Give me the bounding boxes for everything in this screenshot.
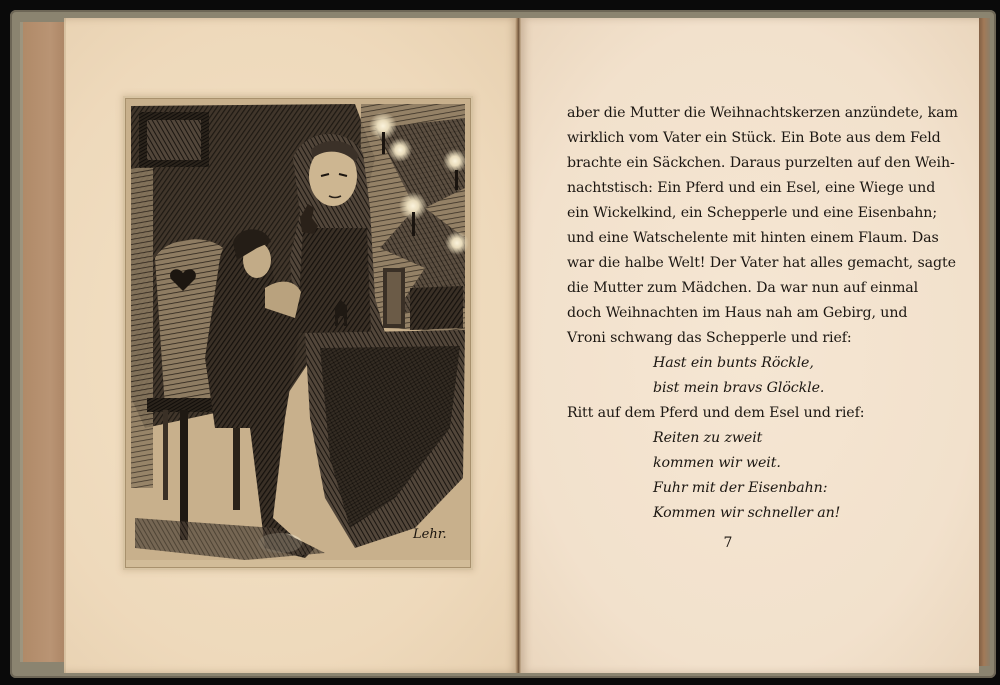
text-line: brachte ein Säckchen. Daraus purzelten a… <box>567 151 887 176</box>
text-line: Vroni schwang das Schepperle und rief: <box>567 326 887 351</box>
text-line: aber die Mutter die Weihnachtskerzen anz… <box>567 101 887 126</box>
page-number: 7 <box>718 535 738 551</box>
verse-line: kommen wir weit. <box>567 451 887 476</box>
right-board-edge <box>978 18 990 666</box>
text-line: die Mutter zum Mädchen. Da war nun auf e… <box>567 276 887 301</box>
text-line: war die halbe Welt! Der Vater hat alles … <box>567 251 887 276</box>
text-line: doch Weihnachten im Haus nah am Gebirg, … <box>567 301 887 326</box>
etching-illustration: Lehr. <box>125 98 471 568</box>
verse-line: Fuhr mit der Eisenbahn: <box>567 476 887 501</box>
verse-line: Reiten zu zweit <box>567 426 887 451</box>
text-line: Ritt auf dem Pferd und dem Esel und rief… <box>567 401 887 426</box>
etching-artwork: Lehr. <box>125 98 471 568</box>
left-board-edge <box>20 22 69 662</box>
story-text: aber die Mutter die Weihnachtskerzen anz… <box>567 101 887 526</box>
verse-line: bist mein bravs Glöckle. <box>567 376 887 401</box>
book-gutter <box>515 18 521 673</box>
verse-line: Hast ein bunts Röckle, <box>567 351 887 376</box>
artist-signature: Lehr. <box>412 527 447 542</box>
text-line: ein Wickelkind, ein Schepperle und eine … <box>567 201 887 226</box>
verse-line: Kommen wir schneller an! <box>567 501 887 526</box>
text-line: wirklich vom Vater ein Stück. Ein Bote a… <box>567 126 887 151</box>
text-line: nachtstisch: Ein Pferd und ein Esel, ein… <box>567 176 887 201</box>
text-line: und eine Watschelente mit hinten einem F… <box>567 226 887 251</box>
